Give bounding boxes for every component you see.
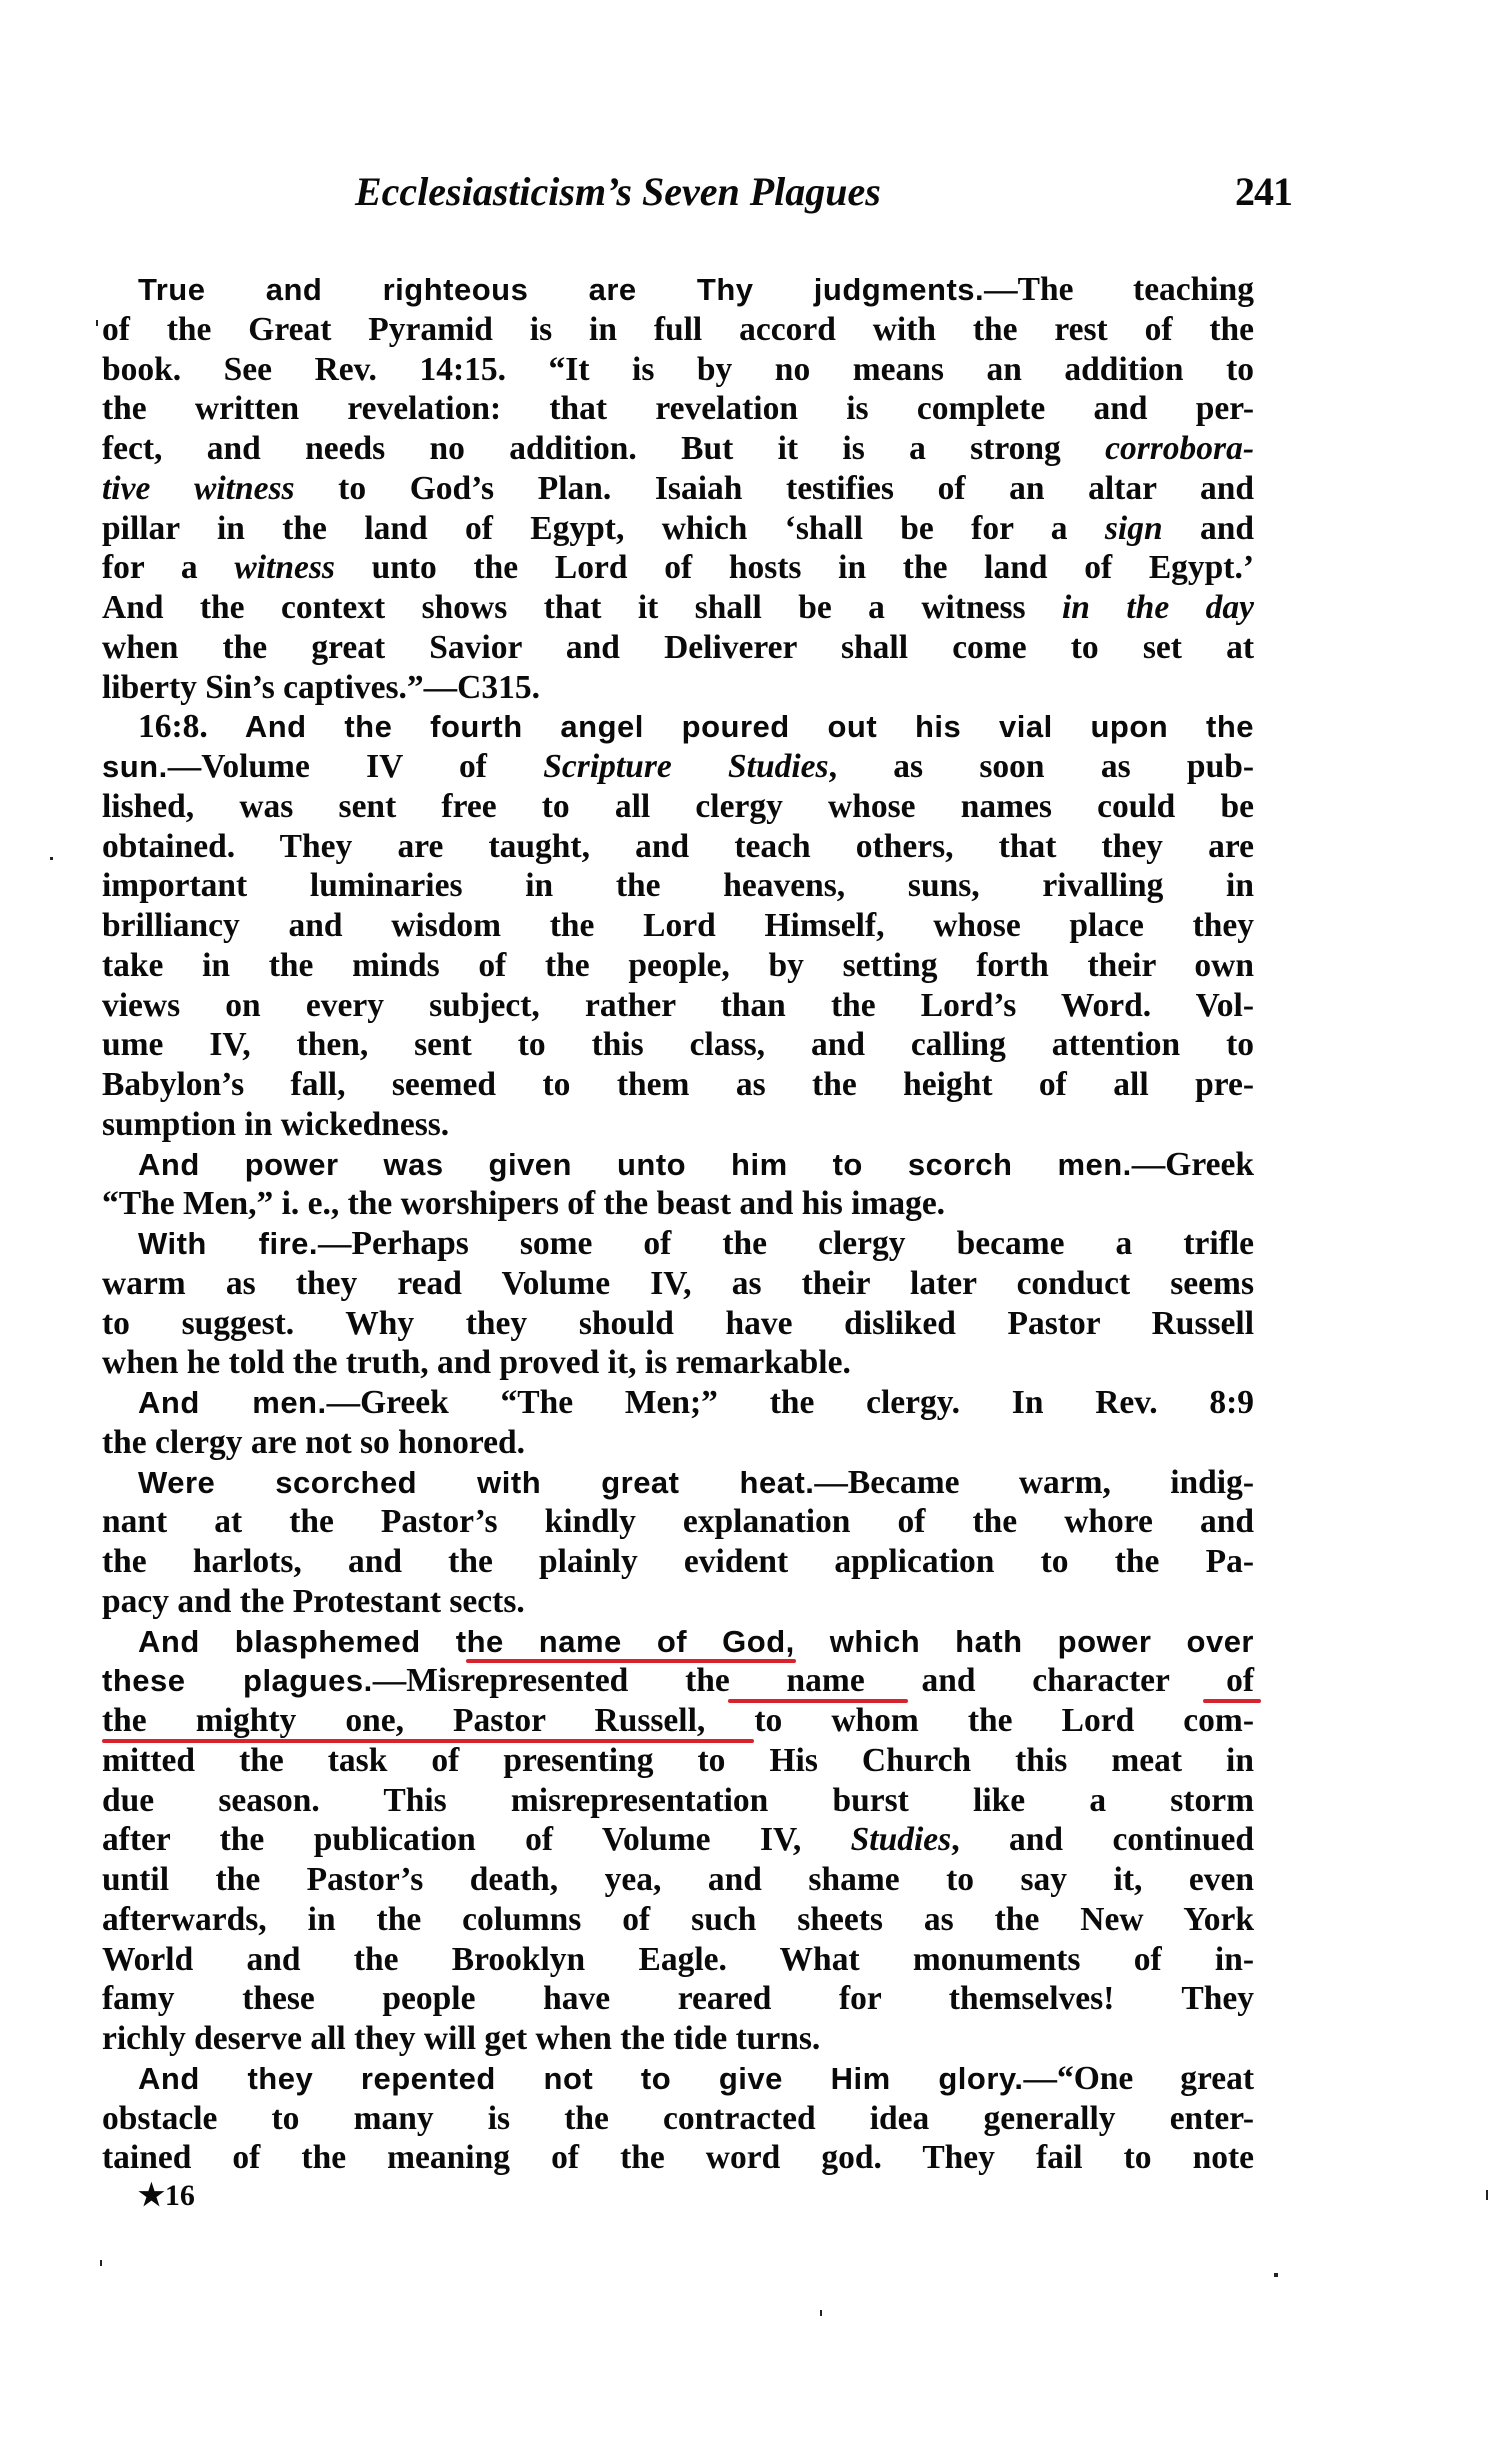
text-segment: due season. This misrepresentation burst…: [102, 1782, 1254, 1819]
text-line: views on every subject, rather than the …: [102, 986, 1254, 1026]
text-segment: —Perhaps some of the clergy became a tri…: [318, 1225, 1254, 1262]
text-line: World and the Brooklyn Eagle. What monum…: [102, 1940, 1254, 1980]
text-segment: warm as they read Volume IV, as their la…: [102, 1265, 1254, 1302]
text-line: True and righteous are Thy judgments.—Th…: [102, 270, 1254, 310]
italic-text: tive witness: [102, 470, 295, 507]
scan-speck: [1274, 2273, 1278, 2277]
text-line: Babylon’s fall, seemed to them as the he…: [102, 1065, 1254, 1105]
text-line: obtained. They are taught, and teach oth…: [102, 827, 1254, 867]
text-segment: sumption in wickedness.: [102, 1106, 449, 1143]
text-line: sumption in wickedness.: [102, 1105, 1254, 1145]
text-segment: liberty Sin’s captives.”—C315.: [102, 669, 540, 706]
red-underline-the-name-of-god: [466, 1659, 796, 1663]
text-line: take in the minds of the people, by sett…: [102, 946, 1254, 986]
text-line: the harlots, and the plainly evident app…: [102, 1542, 1254, 1582]
text-segment: —Greek: [1132, 1146, 1254, 1183]
text-segment: Babylon’s fall, seemed to them as the he…: [102, 1066, 1254, 1103]
verse-lead: And power was given unto him to scorch m…: [138, 1147, 1132, 1182]
paragraph: And blasphemed the name of God, which ha…: [102, 1622, 1254, 2059]
text-line: important luminaries in the heavens, sun…: [102, 866, 1254, 906]
text-line: brilliancy and wisdom the Lord Himself, …: [102, 906, 1254, 946]
italic-text: Studies: [851, 1821, 952, 1858]
text-line: until the Pastor’s death, yea, and shame…: [102, 1860, 1254, 1900]
text-line: afterwards, in the columns of such sheet…: [102, 1900, 1254, 1940]
red-underline-the-mighty-one: [102, 1739, 754, 1743]
text-segment: tained of the meaning of the word god. T…: [102, 2139, 1254, 2176]
italic-text: sign: [1105, 510, 1163, 547]
paragraph: And men.—Greek “The Men;” the clergy. In…: [102, 1383, 1254, 1463]
text-segment: and: [1163, 510, 1254, 547]
text-line: liberty Sin’s captives.”—C315.: [102, 668, 1254, 708]
verse-lead: True and righteous are Thy judgments.: [138, 272, 984, 307]
text-segment: pacy and the Protestant sects.: [102, 1583, 525, 1620]
text-segment: the clergy are not so honored.: [102, 1424, 525, 1461]
text-line: these plagues.—Misrepresented the name a…: [102, 1661, 1254, 1701]
paragraph: True and righteous are Thy judgments.—Th…: [102, 270, 1254, 707]
text-line: richly deserve all they will get when th…: [102, 2019, 1254, 2059]
text-line: when he told the truth, and proved it, i…: [102, 1343, 1254, 1383]
text-line: for a witness unto the Lord of hosts in …: [102, 548, 1254, 588]
text-line: tive witness to God’s Plan. Isaiah testi…: [102, 469, 1254, 509]
text-segment: World and the Brooklyn Eagle. What monum…: [102, 1941, 1254, 1978]
text-line: the mighty one, Pastor Russell, to whom …: [102, 1701, 1254, 1741]
text-line: book. See Rev. 14:15. “It is by no means…: [102, 350, 1254, 390]
folio-mark: ★16: [138, 2178, 195, 2213]
text-segment: for a: [102, 549, 234, 586]
text-segment: —Misrepresented the name and character o…: [373, 1662, 1254, 1699]
italic-text: Scripture Studies: [543, 748, 828, 785]
text-segment: famy these people have reared for themse…: [102, 1980, 1254, 2017]
verse-lead: these plagues.: [102, 1663, 373, 1698]
verse-lead: sun.: [102, 749, 168, 784]
italic-text: witness: [234, 549, 335, 586]
text-segment: book. See Rev. 14:15. “It is by no means…: [102, 351, 1254, 388]
verse-lead: And they repented not to give Him glory.: [138, 2061, 1023, 2096]
text-segment: the mighty one, Pastor Russell, to whom …: [102, 1702, 1254, 1739]
text-line: of the Great Pyramid is in full accord w…: [102, 310, 1254, 350]
text-segment: unto the Lord of hosts in the land of Eg…: [335, 549, 1254, 586]
text-segment: mitted the task of presenting to His Chu…: [102, 1742, 1254, 1779]
text-segment: ume IV, then, sent to this class, and ca…: [102, 1026, 1254, 1063]
text-line: the clergy are not so honored.: [102, 1423, 1254, 1463]
verse-lead: And blasphemed the name of God, which ha…: [138, 1624, 1254, 1659]
scan-speck: [1486, 2190, 1488, 2200]
text-segment: the harlots, and the plainly evident app…: [102, 1543, 1254, 1580]
text-line: And power was given unto him to scorch m…: [102, 1145, 1254, 1185]
text-segment: until the Pastor’s death, yea, and shame…: [102, 1861, 1254, 1898]
text-segment: brilliancy and wisdom the Lord Himself, …: [102, 907, 1254, 944]
text-line: 16:8. And the fourth angel poured out hi…: [102, 707, 1254, 747]
text-line: pacy and the Protestant sects.: [102, 1582, 1254, 1622]
text-segment: “The Men,” i. e., the worshipers of the …: [102, 1185, 945, 1222]
text-segment: fect, and needs no addition. But it is a…: [102, 430, 1105, 467]
text-line: mitted the task of presenting to His Chu…: [102, 1741, 1254, 1781]
verse-lead: With fire.: [138, 1226, 318, 1261]
text-line: after the publication of Volume IV, Stud…: [102, 1820, 1254, 1860]
text-line: Were scorched with great heat.—Became wa…: [102, 1463, 1254, 1503]
text-line: to suggest. Why they should have dislike…: [102, 1304, 1254, 1344]
text-line: With fire.—Perhaps some of the clergy be…: [102, 1224, 1254, 1264]
text-segment: afterwards, in the columns of such sheet…: [102, 1901, 1254, 1938]
text-segment: the written revelation: that revelation …: [102, 390, 1254, 427]
verse-lead: Were scorched with great heat.: [138, 1465, 814, 1500]
text-segment: , and continued: [951, 1821, 1254, 1858]
text-line: ume IV, then, sent to this class, and ca…: [102, 1025, 1254, 1065]
text-segment: , as soon as pub-: [829, 748, 1254, 785]
text-line: And men.—Greek “The Men;” the clergy. In…: [102, 1383, 1254, 1423]
text-segment: of the Great Pyramid is in full accord w…: [102, 311, 1254, 348]
verse-lead: And the fourth angel poured out his vial…: [245, 709, 1254, 744]
text-line: And blasphemed the name of God, which ha…: [102, 1622, 1254, 1662]
text-line: tained of the meaning of the word god. T…: [102, 2138, 1254, 2178]
text-segment: views on every subject, rather than the …: [102, 987, 1254, 1024]
text-line: sun.—Volume IV of Scripture Studies, as …: [102, 747, 1254, 787]
scan-speck: [100, 2260, 102, 2266]
page-number: 241: [1235, 168, 1292, 215]
red-underline-of: [1203, 1699, 1261, 1703]
text-line: lished, was sent free to all clergy whos…: [102, 787, 1254, 827]
text-line: due season. This misrepresentation burst…: [102, 1781, 1254, 1821]
running-title: Ecclesiasticism’s Seven Plagues: [355, 168, 881, 215]
text-line: famy these people have reared for themse…: [102, 1979, 1254, 2019]
paragraph: Were scorched with great heat.—Became wa…: [102, 1463, 1254, 1622]
text-line: pillar in the land of Egypt, which ‘shal…: [102, 509, 1254, 549]
body-text: True and righteous are Thy judgments.—Th…: [102, 270, 1254, 2178]
text-line: And the context shows that it shall be a…: [102, 588, 1254, 628]
scan-speck: [820, 2310, 822, 2316]
text-segment: important luminaries in the heavens, sun…: [102, 867, 1254, 904]
text-line: obstacle to many is the contracted idea …: [102, 2099, 1254, 2139]
red-underline-the-name: [728, 1699, 908, 1703]
italic-text: in the day: [1062, 589, 1254, 626]
text-segment: —The teaching: [984, 271, 1254, 308]
text-line: fect, and needs no addition. But it is a…: [102, 429, 1254, 469]
text-segment: 16:8.: [138, 708, 245, 745]
scan-speck: [96, 320, 98, 326]
text-line: And they repented not to give Him glory.…: [102, 2059, 1254, 2099]
paragraph: With fire.—Perhaps some of the clergy be…: [102, 1224, 1254, 1383]
book-page: Ecclesiasticism’s Seven Plagues 241 True…: [0, 0, 1500, 2442]
text-segment: —Greek “The Men;” the clergy. In Rev. 8:…: [327, 1384, 1254, 1421]
text-segment: take in the minds of the people, by sett…: [102, 947, 1254, 984]
text-line: warm as they read Volume IV, as their la…: [102, 1264, 1254, 1304]
text-segment: —Became warm, indig-: [814, 1464, 1254, 1501]
text-segment: —Volume IV of: [168, 748, 544, 785]
italic-text: corrobora-: [1105, 430, 1254, 467]
text-segment: when he told the truth, and proved it, i…: [102, 1344, 851, 1381]
text-segment: nant at the Pastor’s kindly explanation …: [102, 1503, 1254, 1540]
text-segment: richly deserve all they will get when th…: [102, 2020, 820, 2057]
text-segment: lished, was sent free to all clergy whos…: [102, 788, 1254, 825]
text-segment: obstacle to many is the contracted idea …: [102, 2100, 1254, 2137]
text-segment: to God’s Plan. Isaiah testifies of an al…: [295, 470, 1254, 507]
text-segment: —“One great: [1023, 2060, 1254, 2097]
paragraph: And power was given unto him to scorch m…: [102, 1145, 1254, 1225]
verse-lead: And men.: [138, 1385, 327, 1420]
text-segment: pillar in the land of Egypt, which ‘shal…: [102, 510, 1105, 547]
running-head: Ecclesiasticism’s Seven Plagues 241: [355, 168, 1255, 218]
text-line: “The Men,” i. e., the worshipers of the …: [102, 1184, 1254, 1224]
text-line: when the great Savior and Deliverer shal…: [102, 628, 1254, 668]
paragraph: And they repented not to give Him glory.…: [102, 2059, 1254, 2178]
text-line: nant at the Pastor’s kindly explanation …: [102, 1502, 1254, 1542]
scan-speck: [50, 857, 53, 860]
text-segment: And the context shows that it shall be a…: [102, 589, 1062, 626]
paragraph: 16:8. And the fourth angel poured out hi…: [102, 707, 1254, 1144]
text-segment: after the publication of Volume IV,: [102, 1821, 851, 1858]
text-segment: to suggest. Why they should have dislike…: [102, 1305, 1254, 1342]
text-segment: when the great Savior and Deliverer shal…: [102, 629, 1254, 666]
text-segment: obtained. They are taught, and teach oth…: [102, 828, 1254, 865]
text-line: the written revelation: that revelation …: [102, 389, 1254, 429]
